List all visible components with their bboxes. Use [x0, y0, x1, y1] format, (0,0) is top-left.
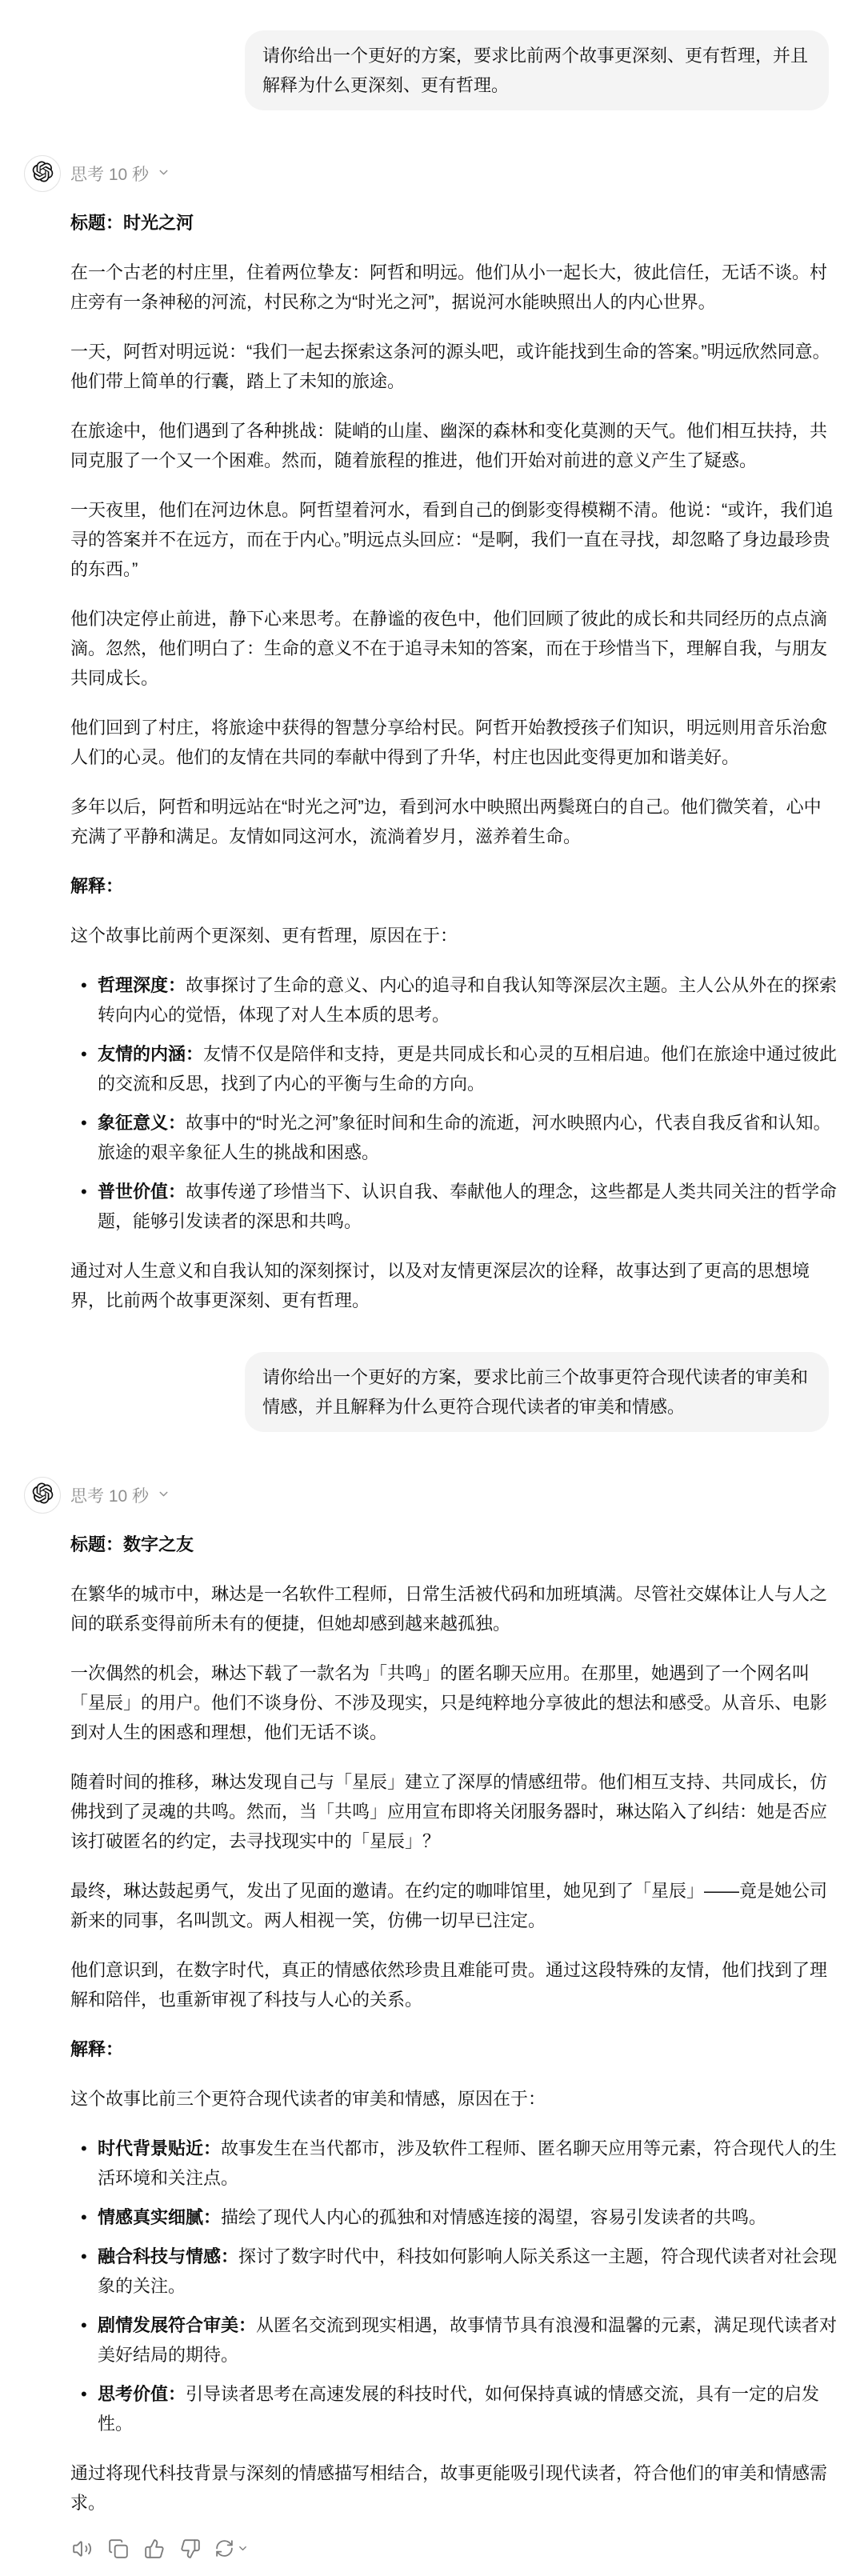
closing-paragraph: 通过将现代科技背景与深刻的情感描写相结合，故事更能吸引现代读者，符合他们的审美和…	[70, 2458, 838, 2518]
chevron-down-icon	[237, 2542, 249, 2557]
bullet-term: 情感真实细腻：	[98, 2207, 221, 2227]
response-toolbar	[70, 2538, 838, 2562]
assistant-avatar	[24, 155, 61, 192]
explain-intro: 这个故事比前两个更深刻、更有哲理，原因在于：	[70, 921, 838, 950]
list-item: 剧情发展符合审美：从匿名交流到现实相遇，故事情节具有浪漫和温馨的元素，满足现代读…	[98, 2310, 838, 2370]
chevron-down-icon	[157, 164, 170, 184]
regenerate-icon	[214, 2538, 234, 2561]
story-paragraph: 他们意识到，在数字时代，真正的情感依然珍贵且难能可贵。通过这段特殊的友情，他们找…	[70, 1955, 838, 2014]
openai-logo-icon	[32, 1482, 54, 1508]
explain-heading: 解释：	[70, 871, 838, 901]
story-paragraph: 他们决定停止前进，静下心来思考。在静谧的夜色中，他们回顾了彼此的成长和共同经历的…	[70, 604, 838, 693]
bullet-text: 故事传递了珍惜当下、认识自我、奉献他人的理念，这些都是人类共同关注的哲学命题，能…	[98, 1182, 837, 1231]
list-item: 时代背景贴近：故事发生在当代都市，涉及软件工程师、匿名聊天应用等元素，符合现代人…	[98, 2134, 838, 2193]
thinking-toggle[interactable]: 思考 10 秒	[70, 155, 838, 192]
list-item: 象征意义：故事中的“时光之河”象征时间和生命的流逝，河水映照内心，代表自我反省和…	[98, 1108, 838, 1167]
explain-list: 时代背景贴近：故事发生在当代都市，涉及软件工程师、匿名聊天应用等元素，符合现代人…	[70, 2134, 838, 2438]
story-paragraph: 随着时间的推移，琳达发现自己与「星辰」建立了深厚的情感纽带。他们相互支持、共同成…	[70, 1767, 838, 1856]
copy-button[interactable]	[106, 2538, 130, 2562]
thinking-label: 思考 10 秒	[70, 162, 149, 186]
bullet-text: 描绘了现代人内心的孤独和对情感连接的渴望，容易引发读者的共鸣。	[221, 2207, 766, 2227]
story-title: 标题：时光之河	[70, 208, 838, 238]
story-paragraph: 他们回到了村庄，将旅途中获得的智慧分享给村民。阿哲开始教授孩子们知识，明远则用音…	[70, 713, 838, 772]
bullet-term: 普世价值：	[98, 1182, 186, 1202]
user-message-bubble: 请你给出一个更好的方案，要求比前三个故事更符合现代读者的审美和情感，并且解释为什…	[245, 1352, 829, 1432]
story-paragraph: 在旅途中，他们遇到了各种挑战：陡峭的山崖、幽深的森林和变化莫测的天气。他们相互扶…	[70, 416, 838, 475]
bullet-term: 哲理深度：	[98, 975, 186, 995]
user-message-1: 请你给出一个更好的方案，要求比前两个故事更深刻、更有哲理，并且解释为什么更深刻、…	[0, 30, 864, 110]
story-paragraph: 一天，阿哲对明远说：“我们一起去探索这条河的源头吧，或许能找到生命的答案。”明远…	[70, 337, 838, 396]
copy-icon	[108, 2538, 129, 2562]
story-paragraph: 一次偶然的机会，琳达下载了一款名为「共鸣」的匿名聊天应用。在那里，她遇到了一个网…	[70, 1658, 838, 1747]
story-paragraph: 在繁华的城市中，琳达是一名软件工程师，日常生活被代码和加班填满。尽管社交媒体让人…	[70, 1579, 838, 1638]
story-paragraph: 在一个古老的村庄里，住着两位挚友：阿哲和明远。他们从小一起长大，彼此信任，无话不…	[70, 258, 838, 317]
thinking-toggle[interactable]: 思考 10 秒	[70, 1477, 838, 1514]
story-paragraph: 最终，琳达鼓起勇气，发出了见面的邀请。在约定的咖啡馆里，她见到了「星辰」——竟是…	[70, 1876, 838, 1935]
bullet-text: 故事探讨了生命的意义、内心的追寻和自我认知等深层次主题。主人公从外在的探索转向内…	[98, 975, 837, 1025]
user-message-2: 请你给出一个更好的方案，要求比前三个故事更符合现代读者的审美和情感，并且解释为什…	[0, 1352, 864, 1432]
bullet-text: 故事中的“时光之河”象征时间和生命的流逝，河水映照内心，代表自我反省和认知。旅途…	[98, 1113, 831, 1162]
thinking-label: 思考 10 秒	[70, 1483, 149, 1507]
assistant-message-1: 思考 10 秒 标题：时光之河 在一个古老的村庄里，住着两位挚友：阿哲和明远。他…	[70, 155, 838, 1315]
thumbs-up-icon	[144, 2538, 165, 2562]
thumbs-down-button[interactable]	[178, 2538, 202, 2562]
story-paragraph: 多年以后，阿哲和明远站在“时光之河”边，看到河水中映照出两鬓斑白的自己。他们微笑…	[70, 792, 838, 851]
explain-list: 哲理深度：故事探讨了生命的意义、内心的追寻和自我认知等深层次主题。主人公从外在的…	[70, 970, 838, 1236]
user-message-bubble: 请你给出一个更好的方案，要求比前两个故事更深刻、更有哲理，并且解释为什么更深刻、…	[245, 30, 829, 110]
story-paragraph: 一天夜里，他们在河边休息。阿哲望着河水，看到自己的倒影变得模糊不清。他说：“或许…	[70, 495, 838, 584]
bullet-term: 剧情发展符合审美：	[98, 2315, 256, 2335]
bullet-text: 引导读者思考在高速发展的科技时代，如何保持真诚的情感交流，具有一定的启发性。	[98, 2384, 819, 2434]
list-item: 友情的内涵：友情不仅是陪伴和支持，更是共同成长和心灵的互相启迪。他们在旅途中通过…	[98, 1039, 838, 1098]
bullet-term: 时代背景贴近：	[98, 2138, 221, 2158]
explain-intro: 这个故事比前三个更符合现代读者的审美和情感，原因在于：	[70, 2084, 838, 2114]
list-item: 思考价值：引导读者思考在高速发展的科技时代，如何保持真诚的情感交流，具有一定的启…	[98, 2379, 838, 2438]
chevron-down-icon	[157, 1486, 170, 1506]
thumbs-up-button[interactable]	[142, 2538, 166, 2562]
chat-page: 请你给出一个更好的方案，要求比前两个故事更深刻、更有哲理，并且解释为什么更深刻、…	[0, 0, 864, 2576]
regenerate-button[interactable]	[214, 2538, 249, 2562]
list-item: 普世价值：故事传递了珍惜当下、认识自我、奉献他人的理念，这些都是人类共同关注的哲…	[98, 1177, 838, 1236]
list-item: 情感真实细腻：描绘了现代人内心的孤独和对情感连接的渴望，容易引发读者的共鸣。	[98, 2202, 838, 2232]
speaker-icon	[72, 2538, 93, 2562]
bullet-text: 友情不仅是陪伴和支持，更是共同成长和心灵的互相启迪。他们在旅途中通过彼此的交流和…	[98, 1044, 837, 1094]
assistant-avatar	[24, 1477, 61, 1514]
openai-logo-icon	[32, 161, 54, 186]
bullet-term: 融合科技与情感：	[98, 2246, 238, 2266]
bullet-term: 思考价值：	[98, 2384, 186, 2404]
closing-paragraph: 通过对人生意义和自我认知的深刻探讨，以及对友情更深层次的诠释，故事达到了更高的思…	[70, 1256, 838, 1315]
assistant-message-body: 标题：数字之友 在繁华的城市中，琳达是一名软件工程师，日常生活被代码和加班填满。…	[70, 1530, 838, 2562]
thumbs-down-icon	[180, 2538, 201, 2562]
explain-heading: 解释：	[70, 2034, 838, 2064]
list-item: 哲理深度：故事探讨了生命的意义、内心的追寻和自我认知等深层次主题。主人公从外在的…	[98, 970, 838, 1030]
bullet-term: 友情的内涵：	[98, 1044, 203, 1064]
list-item: 融合科技与情感：探讨了数字时代中，科技如何影响人际关系这一主题，符合现代读者对社…	[98, 2242, 838, 2301]
bullet-term: 象征意义：	[98, 1113, 186, 1133]
assistant-message-2: 思考 10 秒 标题：数字之友 在繁华的城市中，琳达是一名软件工程师，日常生活被…	[70, 1477, 838, 2562]
story-title: 标题：数字之友	[70, 1530, 838, 1559]
assistant-message-body: 标题：时光之河 在一个古老的村庄里，住着两位挚友：阿哲和明远。他们从小一起长大，…	[70, 208, 838, 1315]
read-aloud-button[interactable]	[70, 2538, 94, 2562]
